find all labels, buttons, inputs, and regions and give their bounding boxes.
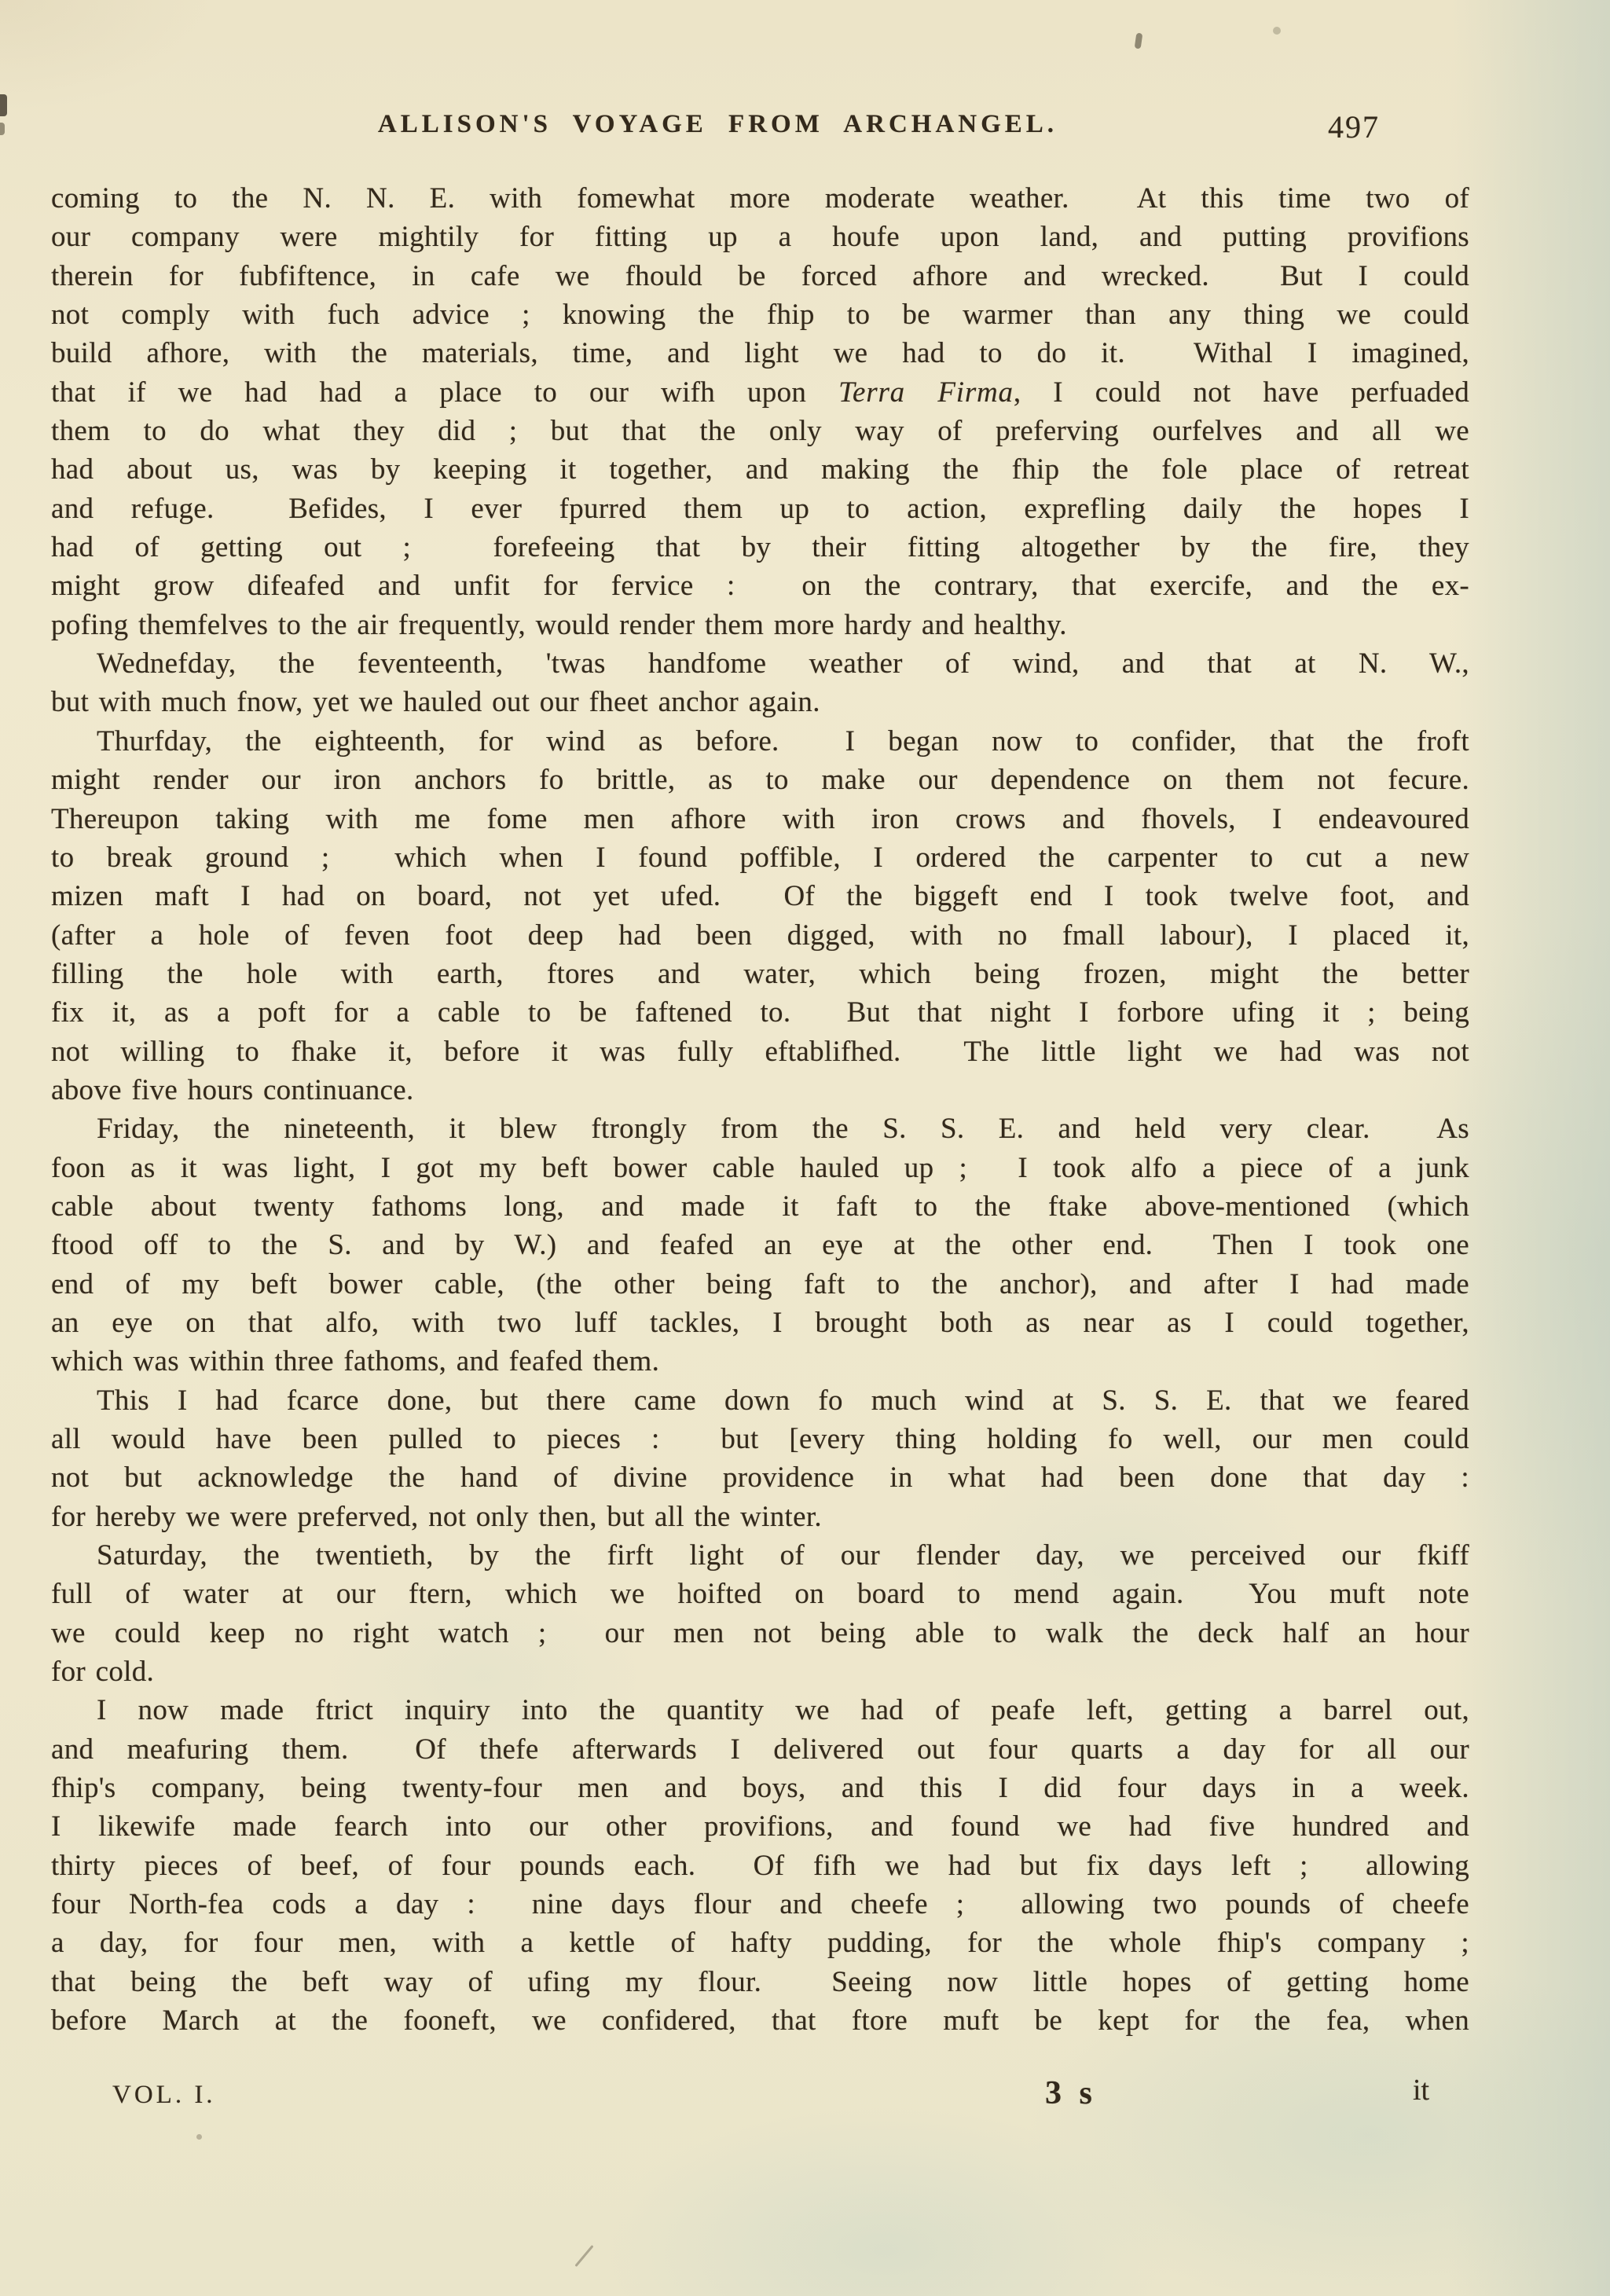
text-line: which was within three fathoms, and feaf… bbox=[51, 1342, 1469, 1381]
footer-signature-mark: 3 s bbox=[1045, 2074, 1097, 2112]
text-line: full of water at our ftern, which we hoi… bbox=[51, 1575, 1469, 1613]
page-edge-mark bbox=[0, 94, 7, 116]
page-title: ALLISON'S VOYAGE FROM ARCHANGEL. bbox=[9, 110, 1427, 139]
book-page: ALLISON'S VOYAGE FROM ARCHANGEL. 497 com… bbox=[0, 0, 1610, 2296]
text-line: we could keep no right watch ; our men n… bbox=[51, 1614, 1469, 1652]
text-line: I now made ftrict inquiry into the quant… bbox=[51, 1691, 1469, 1729]
text-line: above five hours continuance. bbox=[51, 1071, 1469, 1109]
text-line: and meafuring them. Of thefe afterwards … bbox=[51, 1730, 1469, 1769]
text-line: a day, for four men, with a kettle of ha… bbox=[51, 1924, 1469, 1962]
ink-speck bbox=[574, 2245, 593, 2267]
text-line: might grow difeafed and unfit for fervic… bbox=[51, 567, 1469, 605]
text-line: pofing themfelves to the air frequently,… bbox=[51, 606, 1469, 644]
text-line: that being the beft way of ufing my flou… bbox=[51, 1963, 1469, 2001]
page-edge-mark bbox=[0, 123, 5, 135]
text-line: cable about twenty fathoms long, and mad… bbox=[51, 1187, 1469, 1226]
text-line: had about us, was by keeping it together… bbox=[51, 450, 1469, 489]
text-line: not but acknowledge the hand of divine p… bbox=[51, 1458, 1469, 1497]
text-line: foon as it was light, I got my beft bowe… bbox=[51, 1149, 1469, 1187]
text-line: before March at the fooneft, we confider… bbox=[51, 2001, 1469, 2040]
footer-catchword: it bbox=[1413, 2073, 1429, 2107]
text-line: but with much fnow, yet we hauled out ou… bbox=[51, 683, 1469, 721]
text-line: (after a hole of feven foot deep had bee… bbox=[51, 916, 1469, 955]
text-line: an eye on that alfo, with two luff tackl… bbox=[51, 1304, 1469, 1342]
footer-volume-label: VOL. I. bbox=[112, 2081, 216, 2110]
text-line: Saturday, the twentieth, by the firft li… bbox=[51, 1536, 1469, 1575]
text-line: fix it, as a poft for a cable to be faft… bbox=[51, 993, 1469, 1032]
text-line: Thurfday, the eighteenth, for wind as be… bbox=[51, 722, 1469, 761]
text-line: might render our iron anchors fo brittle… bbox=[51, 761, 1469, 799]
text-line: ftood off to the S. and by W.) and feafe… bbox=[51, 1226, 1469, 1264]
text-line: and refuge. Befides, I ever fpurred them… bbox=[51, 490, 1469, 528]
text-line: for hereby we were preferved, not only t… bbox=[51, 1498, 1469, 1536]
text-line: I likewife made fearch into our other pr… bbox=[51, 1807, 1469, 1846]
text-line: them to do what they did ; but that the … bbox=[51, 412, 1469, 450]
ink-speck bbox=[196, 2134, 202, 2140]
text-line: end of my beft bower cable, (the other b… bbox=[51, 1265, 1469, 1304]
page-number: 497 bbox=[1328, 108, 1430, 145]
text-line: filling the hole with earth, ftores and … bbox=[51, 955, 1469, 993]
text-line: that if we had had a place to our wifh u… bbox=[51, 373, 1469, 412]
text-line: to break ground ; which when I found pof… bbox=[51, 838, 1469, 877]
text-line: Friday, the nineteenth, it blew ftrongly… bbox=[51, 1109, 1469, 1148]
text-line: our company were mightily for fitting up… bbox=[51, 218, 1469, 256]
ink-speck bbox=[1135, 33, 1143, 50]
text-line: not willing to fhake it, before it was f… bbox=[51, 1032, 1469, 1071]
text-line: mizen maft I had on board, not yet ufed.… bbox=[51, 877, 1469, 915]
body-text: coming to the N. N. E. with fomewhat mor… bbox=[51, 179, 1469, 2041]
text-line: fhip's company, being twenty-four men an… bbox=[51, 1769, 1469, 1807]
text-line: not comply with fuch advice ; knowing th… bbox=[51, 295, 1469, 334]
text-line: all would have been pulled to pieces : b… bbox=[51, 1420, 1469, 1458]
text-line: coming to the N. N. E. with fomewhat mor… bbox=[51, 179, 1469, 218]
text-line: four North-fea cods a day : nine days fl… bbox=[51, 1885, 1469, 1924]
text-line: therein for fubfiftence, in cafe we fhou… bbox=[51, 257, 1469, 295]
text-line: Wednefday, the feventeenth, 'twas handfo… bbox=[51, 644, 1469, 683]
text-line: Thereupon taking with me fome men afhore… bbox=[51, 800, 1469, 838]
text-line: thirty pieces of beef, of four pounds ea… bbox=[51, 1847, 1469, 1885]
text-line: for cold. bbox=[51, 1652, 1469, 1691]
ink-speck bbox=[1273, 27, 1281, 35]
text-line: build afhore, with the materials, time, … bbox=[51, 334, 1469, 372]
text-line: This I had fcarce done, but there came d… bbox=[51, 1381, 1469, 1420]
text-line: had of getting out ; forefeeing that by … bbox=[51, 528, 1469, 567]
